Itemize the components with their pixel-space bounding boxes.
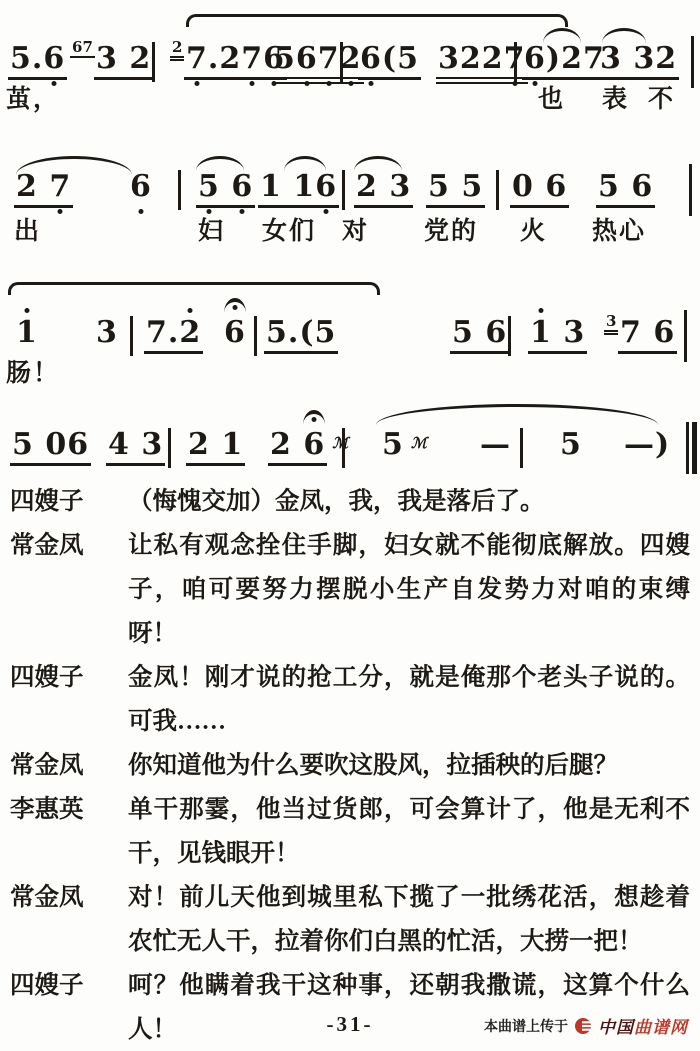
note-text: 6 bbox=[128, 172, 154, 205]
barline bbox=[168, 428, 171, 468]
note-token: 5672 bbox=[272, 44, 364, 84]
note-char: 6 bbox=[631, 172, 653, 202]
octave-dot-below bbox=[368, 81, 373, 86]
note-text: 1 3 bbox=[528, 318, 587, 354]
barline bbox=[520, 428, 523, 468]
lyric-syllable: 热心 bbox=[592, 218, 646, 246]
note-text: 5672 bbox=[272, 44, 364, 84]
note-text: 3 2 bbox=[94, 44, 153, 80]
note-char: 2 bbox=[16, 172, 38, 202]
note-token: 5.(5 bbox=[264, 318, 338, 354]
barline bbox=[152, 42, 155, 82]
octave-dot-below bbox=[532, 81, 537, 86]
note-char: 2 bbox=[356, 172, 378, 202]
ornament-mark: ℳ bbox=[411, 434, 427, 452]
dialogue-row: 常金凤让私有观念拴住手脚，妇女就不能彻底解放。四嫂子，咱可要努力摆脱小生产自发势… bbox=[10, 524, 690, 656]
note-text: 2 7 bbox=[14, 172, 73, 208]
note-text: 0 6 bbox=[510, 172, 569, 208]
note-char: 5 bbox=[266, 318, 288, 348]
octave-dot-below bbox=[194, 81, 199, 86]
note-token: —) bbox=[622, 430, 672, 463]
lyric-syllable: 肠！ bbox=[6, 360, 60, 388]
slur-arc bbox=[376, 404, 658, 425]
lyric-syllable: 女们 bbox=[262, 218, 316, 246]
note-char: 2 bbox=[179, 318, 201, 348]
note-text: 3 bbox=[94, 318, 120, 351]
lyric-syllable: 不 bbox=[648, 86, 675, 114]
note-char: 1 bbox=[16, 318, 38, 348]
note-char: 6 bbox=[130, 172, 152, 202]
note-char: 7 bbox=[146, 318, 168, 348]
note-char bbox=[622, 44, 633, 74]
note-char: 7 bbox=[186, 44, 208, 74]
note-char: 6 bbox=[231, 172, 253, 202]
note-char: 2 bbox=[655, 44, 677, 74]
ornament-mark: ℳ bbox=[332, 434, 348, 452]
note-char: 5 bbox=[397, 44, 419, 74]
note-char: 3 bbox=[633, 44, 655, 74]
octave-dot-below bbox=[348, 81, 353, 86]
sheet-music-page: 5.6673 227.27656726(532276)273 32茧，也表不2 … bbox=[0, 0, 700, 1051]
note-char: 3 bbox=[606, 314, 616, 329]
note-token: 3 bbox=[94, 318, 120, 351]
note-char: 5 bbox=[461, 172, 483, 202]
note-token: 2 3 bbox=[354, 172, 413, 208]
note-char: 2 bbox=[460, 44, 482, 74]
barline-thick bbox=[692, 422, 697, 474]
note-char bbox=[620, 172, 631, 202]
note-char bbox=[474, 318, 485, 348]
note-text: 5 5 bbox=[426, 172, 485, 208]
note-char: 3 bbox=[389, 172, 411, 202]
note-char: 7 bbox=[82, 40, 92, 55]
note-char: ( bbox=[382, 44, 397, 74]
note-text: 5 bbox=[380, 430, 406, 463]
note-text: 5.(5 bbox=[264, 318, 338, 354]
note-token: 5 6 bbox=[450, 318, 509, 354]
grace-note: 3 bbox=[604, 314, 618, 335]
note-char: 7 bbox=[241, 44, 263, 74]
speaker-name: 常金凤 bbox=[10, 524, 86, 568]
lyric-syllable: 妇 bbox=[198, 218, 225, 246]
grace-note: 2 bbox=[170, 40, 184, 61]
note-token: 0 6 bbox=[510, 172, 569, 208]
note-char: — bbox=[480, 430, 511, 460]
watermark-site-name: 中国曲谱网 bbox=[598, 1013, 688, 1038]
note-char: 6 bbox=[67, 430, 89, 460]
note-char: . bbox=[168, 318, 179, 348]
note-text: 5 6 bbox=[450, 318, 509, 354]
note-token: — bbox=[478, 430, 513, 463]
note-char: 3 bbox=[438, 44, 460, 74]
note-token: 1 16 bbox=[258, 172, 339, 208]
note-char bbox=[118, 44, 129, 74]
octave-dot-below bbox=[250, 81, 255, 86]
note-token: 5 6 bbox=[596, 172, 655, 208]
phrase-slur-line bbox=[186, 14, 568, 27]
note-char: 6 bbox=[545, 172, 567, 202]
note-char: 7 bbox=[620, 318, 642, 348]
note-token: 2 6ℳ bbox=[268, 430, 348, 466]
watermark: 本曲谱上传于 中国曲谱网 bbox=[484, 1013, 688, 1038]
note-text: 6 bbox=[222, 318, 248, 351]
note-char bbox=[38, 172, 49, 202]
note-text: 2 1 bbox=[186, 430, 245, 466]
speaker-name: 四嫂子 bbox=[10, 964, 86, 1008]
note-text: 7.2 bbox=[144, 318, 203, 354]
speaker-name: 李惠英 bbox=[10, 788, 86, 832]
note-char: 2 bbox=[561, 44, 583, 74]
note-char: 4 bbox=[108, 430, 130, 460]
dialogue-text: 对！前儿天他到城里私下揽了一批绣花活，想趁着农忙无人干，拉着你们白黑的忙活，大捞… bbox=[128, 876, 690, 964]
note-char: 3 bbox=[563, 318, 585, 348]
note-char: 1 bbox=[221, 430, 243, 460]
note-char: 5 bbox=[560, 430, 582, 460]
dialogue-text: （悔愧交加）金凤，我，我是落后了。 bbox=[128, 480, 690, 524]
barline bbox=[178, 170, 181, 210]
watermark-prefix: 本曲谱上传于 bbox=[484, 1016, 568, 1036]
note-char: 6 bbox=[303, 430, 325, 460]
site-logo-icon bbox=[574, 1017, 592, 1035]
fermata-icon bbox=[303, 410, 325, 425]
note-char: 2 bbox=[188, 430, 210, 460]
note-char bbox=[450, 172, 461, 202]
note-token: 6 bbox=[128, 172, 154, 205]
octave-dot-below bbox=[138, 209, 143, 214]
note-char: 5 bbox=[452, 318, 474, 348]
note-char bbox=[552, 318, 563, 348]
note-token: 7.2 bbox=[144, 318, 203, 354]
note-token: 6 bbox=[222, 318, 248, 351]
dialogue-row: 四嫂子（悔愧交加）金凤，我，我是落后了。 bbox=[10, 480, 690, 524]
note-token: 5 6 bbox=[196, 172, 255, 208]
lyric-syllable: 茧， bbox=[6, 86, 60, 114]
note-token: 1 bbox=[14, 318, 40, 351]
note-char: 3 bbox=[96, 44, 118, 74]
dialogue-row: 常金凤对！前儿天他到城里私下揽了一批绣花活，想趁着农忙无人干，拉着你们白黑的忙活… bbox=[10, 876, 690, 964]
speaker-name: 常金凤 bbox=[10, 876, 86, 920]
octave-dot-above bbox=[188, 308, 193, 313]
barline bbox=[496, 170, 499, 210]
note-text: 4 3 bbox=[106, 430, 165, 466]
note-char: . bbox=[288, 318, 299, 348]
note-char: . bbox=[32, 44, 43, 74]
note-text: 67 bbox=[70, 40, 95, 58]
note-char: ) bbox=[546, 44, 561, 74]
speaker-name: 常金凤 bbox=[10, 744, 86, 788]
note-char: 5 bbox=[598, 172, 620, 202]
note-token: 3 2 bbox=[94, 44, 153, 80]
note-char: 1 bbox=[530, 318, 552, 348]
note-char: 7 bbox=[49, 172, 71, 202]
octave-dot-below bbox=[304, 81, 309, 86]
note-char bbox=[220, 172, 231, 202]
note-char bbox=[534, 172, 545, 202]
dialogue-section: 四嫂子（悔愧交加）金凤，我，我是落后了。常金凤让私有观念拴住手脚，妇女就不能彻底… bbox=[10, 480, 690, 1051]
note-char: . bbox=[208, 44, 219, 74]
note-char bbox=[292, 430, 303, 460]
note-char: 6 bbox=[224, 318, 246, 348]
fermata-icon bbox=[224, 298, 246, 313]
lyric-syllable: 对 bbox=[342, 218, 369, 246]
barline bbox=[254, 316, 257, 356]
note-char bbox=[642, 318, 653, 348]
note-text: —) bbox=[622, 430, 672, 463]
note-token: 5 5 bbox=[426, 172, 485, 208]
note-text: 3 bbox=[604, 314, 618, 335]
note-char: 5 bbox=[428, 172, 450, 202]
note-char: 6 bbox=[485, 318, 507, 348]
note-text: 5 bbox=[558, 430, 584, 463]
dialogue-row: 四嫂子金凤！刚才说的抢工分，就是俺那个老头子说的。可我…… bbox=[10, 656, 690, 744]
lyric-syllable: 党的 bbox=[424, 218, 478, 246]
note-token: 2 7 bbox=[14, 172, 73, 208]
note-text: 2 3 bbox=[354, 172, 413, 208]
lyric-syllable: 表 bbox=[602, 86, 629, 114]
octave-dot-below bbox=[326, 81, 331, 86]
speaker-name: 四嫂子 bbox=[10, 656, 86, 700]
note-char: 6 bbox=[315, 172, 337, 202]
speaker-name: 四嫂子 bbox=[10, 480, 86, 524]
note-char: 2 bbox=[172, 40, 182, 55]
note-char: 6 bbox=[43, 44, 65, 74]
note-char: 6 bbox=[653, 318, 675, 348]
note-text: — bbox=[478, 430, 513, 463]
note-token: 5.6 bbox=[8, 44, 67, 80]
dialogue-row: 李惠英单干那霎，他当过货郎，可会算计了，他是无利不干，见钱眼开！ bbox=[10, 788, 690, 876]
barline bbox=[691, 36, 694, 88]
note-text: 6(5 bbox=[358, 44, 421, 80]
note-text: 3 32 bbox=[598, 44, 679, 80]
octave-dot-above bbox=[538, 308, 543, 313]
note-char: 5 bbox=[10, 44, 32, 74]
note-text: 2 bbox=[170, 40, 184, 61]
note-char: 2 bbox=[482, 44, 504, 74]
note-char: 1 bbox=[260, 172, 282, 202]
note-char: 5 bbox=[315, 318, 337, 348]
note-char bbox=[378, 172, 389, 202]
note-token: 5 bbox=[558, 430, 584, 463]
barline bbox=[686, 422, 689, 474]
note-char: 6 bbox=[72, 40, 82, 55]
dialogue-text: 金凤！刚才说的抢工分，就是俺那个老头子说的。可我…… bbox=[128, 656, 690, 744]
barline bbox=[514, 42, 517, 82]
note-token: 5 06 bbox=[10, 430, 91, 466]
note-char: 6 bbox=[296, 44, 318, 74]
dialogue-text: 让私有观念拴住手脚，妇女就不能彻底解放。四嫂子，咱可要努力摆脱小生产自发势力对咱… bbox=[128, 524, 690, 656]
note-text: 7 6 bbox=[618, 318, 677, 354]
note-char: ) bbox=[655, 430, 670, 460]
dialogue-text: 你知道他为什么要吹这股风，拉插秧的后腿？ bbox=[128, 744, 690, 788]
note-token: 3 32 bbox=[598, 44, 679, 80]
note-text: 1 16 bbox=[258, 172, 339, 208]
note-char: 6 bbox=[360, 44, 382, 74]
note-char: 5 bbox=[382, 430, 404, 460]
note-text: 5 6 bbox=[196, 172, 255, 208]
barline bbox=[689, 164, 692, 216]
note-text: 2 6 bbox=[268, 430, 327, 466]
dialogue-row: 常金凤你知道他为什么要吹这股风，拉插秧的后腿？ bbox=[10, 744, 690, 788]
note-char: 5 bbox=[198, 172, 220, 202]
note-text: 5.6 bbox=[8, 44, 67, 80]
note-token: 2 1 bbox=[186, 430, 245, 466]
note-char: 6 bbox=[524, 44, 546, 74]
note-token: 4 3 bbox=[106, 430, 165, 466]
note-char: 2 bbox=[219, 44, 241, 74]
note-char: 5 bbox=[12, 430, 34, 460]
note-char bbox=[210, 430, 221, 460]
note-char: 1 bbox=[293, 172, 315, 202]
note-char: 7 bbox=[318, 44, 340, 74]
note-char: 0 bbox=[45, 430, 67, 460]
note-char bbox=[282, 172, 293, 202]
note-char: 3 bbox=[96, 318, 118, 348]
watermark-site-red: 曲谱网 bbox=[634, 1018, 688, 1037]
note-token: 5ℳ bbox=[380, 430, 427, 463]
octave-dot-below bbox=[240, 209, 245, 214]
note-char bbox=[130, 430, 141, 460]
octave-dot-below bbox=[206, 209, 211, 214]
barline bbox=[130, 316, 133, 356]
note-text: 5 06 bbox=[10, 430, 91, 466]
note-char: 3 bbox=[600, 44, 622, 74]
lyric-syllable: 火 bbox=[520, 218, 547, 246]
phrase-slur-line bbox=[8, 282, 380, 295]
note-char: 0 bbox=[512, 172, 534, 202]
octave-dot-above bbox=[24, 308, 29, 313]
note-token: 6(5 bbox=[358, 44, 421, 80]
barline bbox=[340, 42, 343, 82]
note-char bbox=[34, 430, 45, 460]
grace-note: 67 bbox=[70, 40, 95, 58]
note-text: 6)27 bbox=[522, 44, 607, 80]
barline bbox=[342, 428, 345, 468]
note-char: 3 bbox=[141, 430, 163, 460]
barline bbox=[342, 170, 345, 210]
note-token: 1 3 bbox=[528, 318, 587, 354]
barline bbox=[684, 310, 687, 362]
note-char: 2 bbox=[270, 430, 292, 460]
barline bbox=[508, 316, 511, 356]
octave-dot-below bbox=[324, 209, 329, 214]
note-text: 5 6 bbox=[596, 172, 655, 208]
note-token: 7 6 bbox=[618, 318, 677, 354]
note-text: 1 bbox=[14, 318, 40, 351]
note-token: 6)27 bbox=[522, 44, 607, 80]
lyric-syllable: 出 bbox=[14, 218, 41, 246]
watermark-site-dark: 中国 bbox=[598, 1018, 634, 1037]
note-char: — bbox=[624, 430, 655, 460]
note-char: 2 bbox=[129, 44, 151, 74]
note-char: ( bbox=[299, 318, 314, 348]
lyric-syllable: 也 bbox=[538, 86, 565, 114]
dialogue-text: 单干那霎，他当过货郎，可会算计了，他是无利不干，见钱眼开！ bbox=[128, 788, 690, 876]
note-char: 5 bbox=[274, 44, 296, 74]
octave-dot-below bbox=[58, 209, 63, 214]
